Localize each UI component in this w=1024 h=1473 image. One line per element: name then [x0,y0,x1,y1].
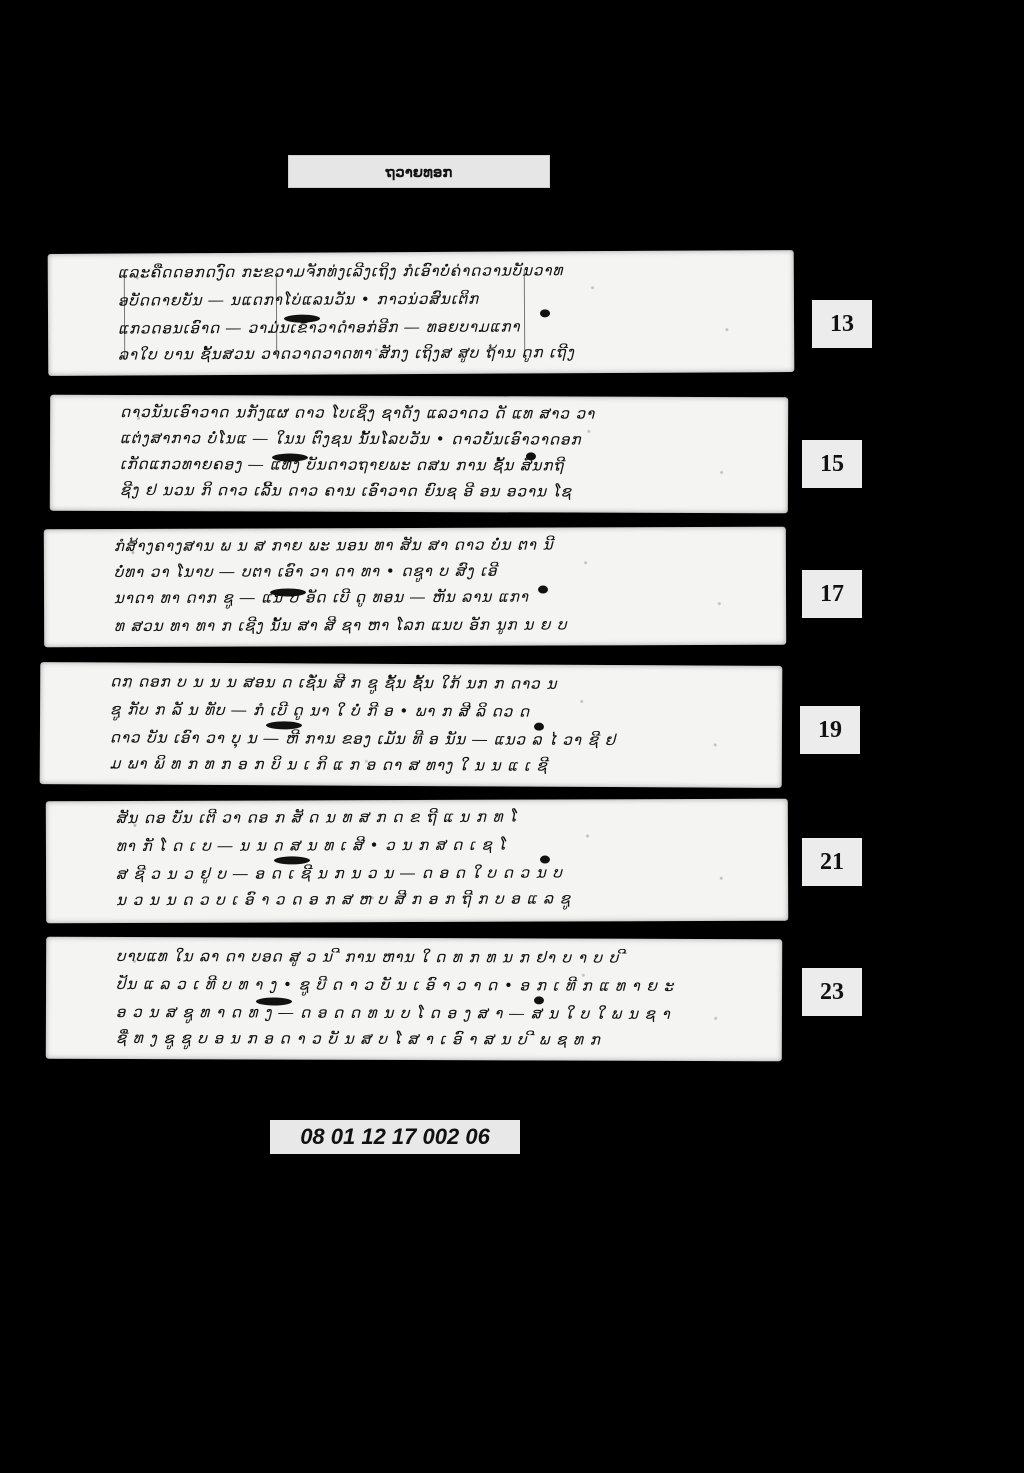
manuscript-line: ດກ ດອກ ບ ນ ນ ນ ສອນ ດ ເຊັ່ນ ສີ ກ ຊູ ຊັ້ນ … [40,672,782,702]
page-number-23: 23 [802,968,862,1016]
manuscript-line: ກໍສ້າງຄາງສານ ພ ນ ສ ກາຍ ພະ ນອນ ທາ ສັນ ສາ … [44,535,786,564]
manuscript-line: ເກັດແກວທາຍຄອງ ― ແທງ ບັນດາວຖາຍພະ ດສນ ການ … [50,455,788,484]
palm-leaf-page-17: ກໍສ້າງຄາງສານ ພ ນ ສ ກາຍ ພະ ນອນ ທາ ສັນ ສາ … [44,527,786,648]
reference-code-label: 08 01 12 17 002 06 [270,1120,520,1154]
page-number-19: 19 [800,706,860,754]
manuscript-line: ບາບແທ ໃນ ລາ ດາ ບອດ ສູ ວ ນ ີ ການ ຫານ ໃ ດ … [46,947,782,976]
manuscript-line: ດາວ ບັນ ເອົາ ວາ ບຸ ນ ― ຫີ ການ ຂອງ ເມັນ ທ… [40,728,782,758]
page-number-13: 13 [812,300,872,348]
manuscript-line: ທາ ກັ ໂ ດ ເ ບ ― ນ ນ ດ ສ ນ ທ ເ ສີ • ວ ນ ກ… [46,835,788,864]
manuscript-line: ແຕ່ງສາກາວ ບໍ່ໂນແ ― ໃນນ ຕົງຊນ ນັ້ນໂລບວັນ … [50,429,788,458]
manuscript-line: ອບັດດາຍບັນ ― ນແດກາໂບ່ແລນວັນ • ກາວນ່ວສົນເ… [48,288,794,318]
manuscript-line: ສ ຊີ ວ ນ ວ ຢູ ບ ― ອ ດ ເ ຊີ ນ ກ ນ ວ ນ ― ດ… [46,863,788,892]
palm-leaf-page-19: ດກ ດອກ ບ ນ ນ ນ ສອນ ດ ເຊັ່ນ ສີ ກ ຊູ ຊັ້ນ … [40,662,783,788]
manuscript-line: ແກວດອນເອົາດ ― ວາມ່ນເຂົ້າວາດຳອກ່ອີກ ― ທອຍ… [48,316,794,346]
page-number-21: 21 [802,838,862,886]
manuscript-line: ດາວນັນເອົາວາດ ນກັງແຜ ດາວ ໂບເຊິ່ງ ຊາດັງ ແ… [50,403,788,432]
palm-leaf-page-15: ດາວນັນເອົາວາດ ນກັງແຜ ດາວ ໂບເຊິ່ງ ຊາດັງ ແ… [50,395,788,514]
manuscript-line: ຊູ ກັບ ກ ລັ ນ ທັບ ― ກໍ ເບີ ດູ ນາ ໃ ບໍ່ ກ… [40,700,782,730]
manuscript-line: ລາໃບ ບານ ຊັ້ນສວນ ວາດວາດວາດທາ ສັກງ ເຖິງສ … [48,342,794,372]
palm-leaf-page-21: ສັນ ດອ ບັນ ເຕີ ວາ ດອ ກ ສັ ດ ນ ທ ສ ກ ດ ຂ … [46,799,788,924]
manuscript-line: ສັນ ດອ ບັນ ເຕີ ວາ ດອ ກ ສັ ດ ນ ທ ສ ກ ດ ຂ … [46,807,788,836]
manuscript-line: ນາດາ ທາ ດາກ ຊູ ― ແນ ບ ອັດ ເບີ ດູ ທອນ ― ຫ… [44,587,786,616]
manuscript-line: ຊື່ ທ ງ ຊູ ຊູ ບ ອ ນ ກ ອ ດ າ ວ ບັ ນ ສ ບ ໂ… [46,1029,782,1058]
manuscript-line: ອ ວ ນ ສ ຊູ ທ າ ດ ທ ງ ― ດ ອ ດ ດ ທ ນ ບ ໂ ດ… [46,1003,782,1032]
palm-leaf-page-13: ແລະຄືດດອກດງົດ ກະຂວາມຈັກທ່ງເລີງເຖິງ ກໍເອົ… [48,250,795,376]
page-number-15: 15 [802,440,862,488]
page-number-17: 17 [802,570,862,618]
manuscript-line: ມ ພາ ພິ ທ ກ ທ ກ ອ ກ ບິ ນ ເ ກິ ແ ກ ອ ດາ ສ… [40,754,782,784]
manuscript-line: ບໍ່ທາ ວາ ໂນາບ ― ບຕາ ເອົາ ວາ ດາ ທາ • ດຊູາ… [44,561,786,590]
palm-leaf-page-23: ບາບແທ ໃນ ລາ ດາ ບອດ ສູ ວ ນ ີ ການ ຫານ ໃ ດ … [46,937,782,1062]
manuscript-line: ປັນ ແ ລ ວ ເ ທີ ບ ທ າ ງ • ຊູ ບີ ດ າ ວ ບັ … [46,975,782,1004]
manuscript-line: ຊີງ ຢ ນວນ ກິ ດາວ ເລີ້ນ ດາວ ຄານ ເອົາວາດ ຍ… [50,481,788,510]
manuscript-line: ແລະຄືດດອກດງົດ ກະຂວາມຈັກທ່ງເລີງເຖິງ ກໍເອົ… [48,260,794,290]
document-title-label: ຖວາຍທອກ [288,155,550,188]
manuscript-line: ນ ວ ນ ນ ດ ວ ບ ເ ອົ າ ວ ດ ອ ກ ສ ຫ ບ ສີ ກ … [46,889,788,918]
manuscript-line: ທ ສວນ ທາ ທາ ກ ເຊີງ ນັ້ນ ສາ ສີ ຊາ ຫາ ໂລກ … [44,615,786,644]
